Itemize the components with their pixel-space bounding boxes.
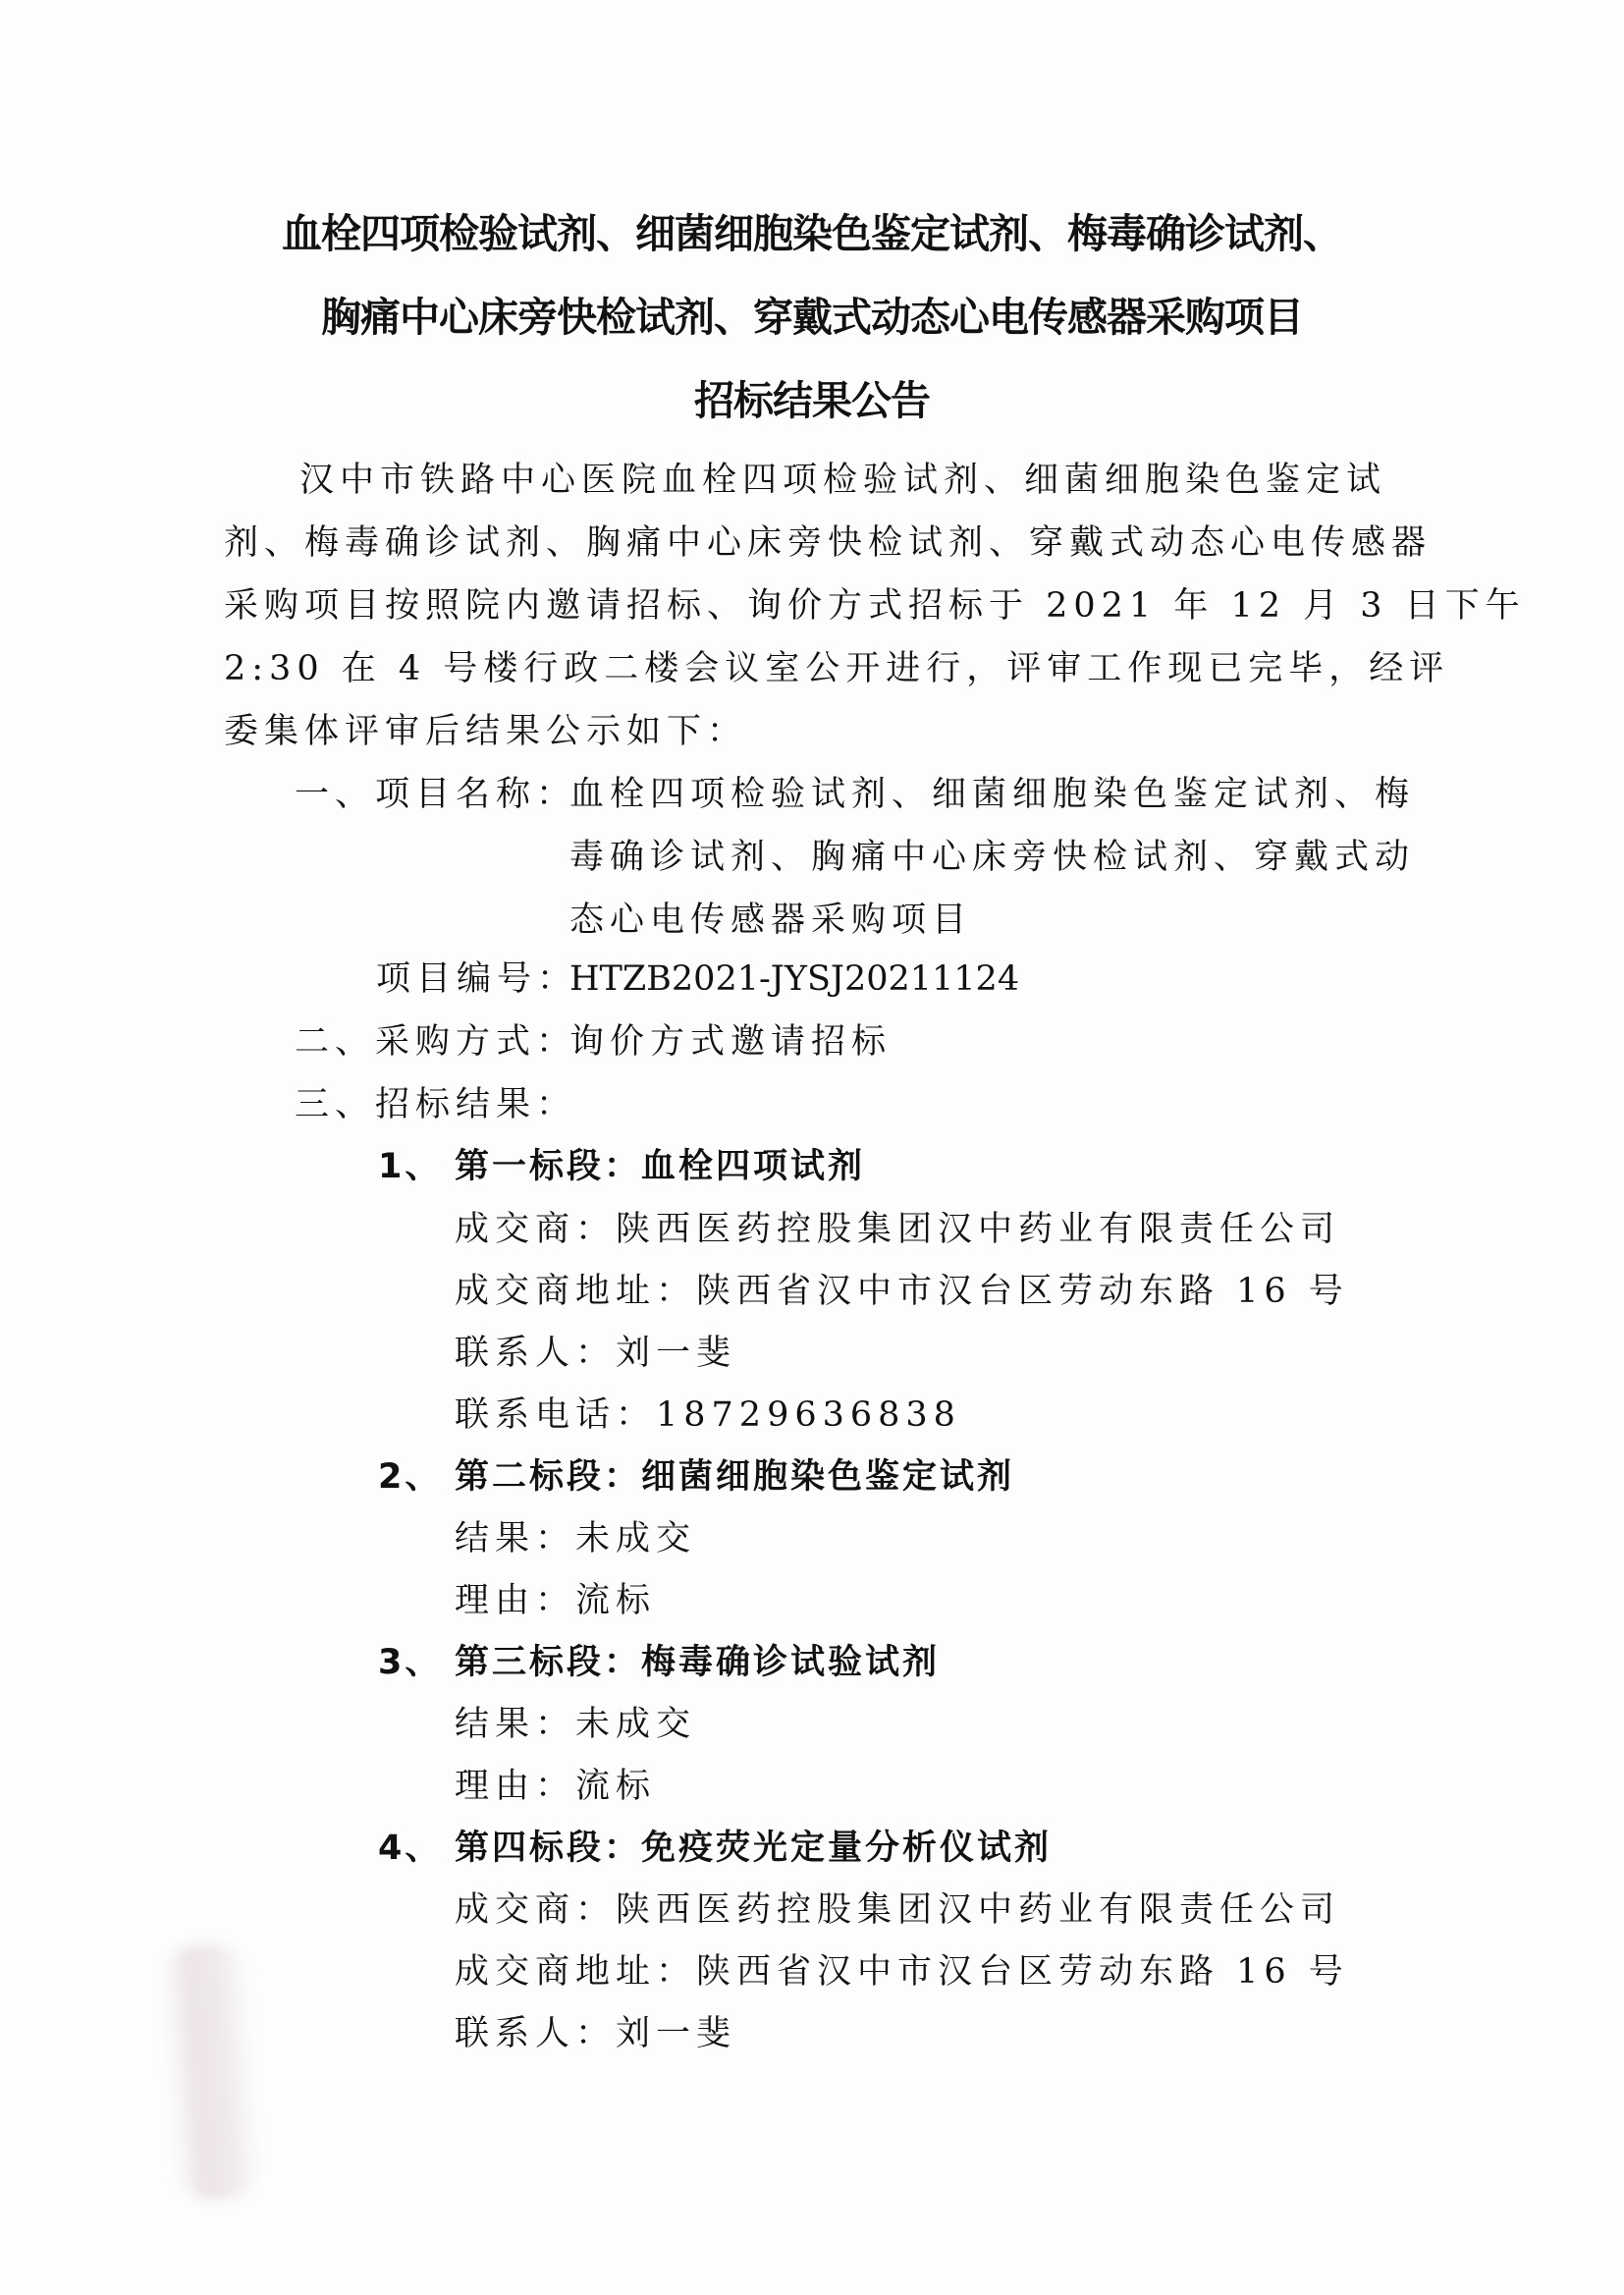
intro-line-1: 汉中市铁路中心医院血栓四项检验试剂、细菌细胞染色鉴定试 xyxy=(299,456,1386,505)
project-name-line-2: 毒确诊试剂、胸痛中心床旁快检试剂、穿戴式动 xyxy=(569,833,1415,882)
lot-1-address: 成交商地址：陕西省汉中市汉台区劳动东路 16 号 xyxy=(455,1267,1349,1316)
lot-4-heading: 4、第四标段：免疫荧光定量分析仪试剂 xyxy=(378,1824,1052,1873)
project-name-line-1: 血栓四项检验试剂、细菌细胞染色鉴定试剂、梅 xyxy=(569,770,1415,819)
project-name-line-3: 态心电传感器采购项目 xyxy=(569,896,972,945)
lot-3-result: 结果：未成交 xyxy=(455,1700,696,1749)
section-3-label: 三、招标结果： xyxy=(295,1080,576,1129)
lot-3-reason: 理由：流标 xyxy=(455,1762,656,1811)
procurement-method: 询价方式邀请招标 xyxy=(569,1017,892,1066)
lot-1-number: 1、 xyxy=(378,1142,455,1191)
title-line-1: 血栓四项检验试剂、细菌细胞染色鉴定试剂、梅毒确诊试剂、 xyxy=(0,204,1624,263)
lot-3-heading: 3、第三标段：梅毒确诊试验试剂 xyxy=(378,1638,940,1687)
intro-line-5: 委集体评审后结果公示如下： xyxy=(224,707,747,756)
lot-4-contact: 联系人：刘一斐 xyxy=(455,2009,736,2058)
lot-2-result: 结果：未成交 xyxy=(455,1514,696,1563)
lot-1-title: 第一标段：血栓四项试剂 xyxy=(455,1147,865,1186)
lot-2-reason: 理由：流标 xyxy=(455,1576,656,1625)
intro-line-4: 2:30 在 4 号楼行政二楼会议室公开进行，评审工作现已完毕，经评 xyxy=(224,644,1449,693)
section-1-label: 一、项目名称： xyxy=(295,770,576,819)
scan-smudge xyxy=(158,1941,264,2203)
title-line-3: 招标结果公告 xyxy=(0,371,1624,430)
lot-4-supplier: 成交商：陕西医药控股集团汉中药业有限责任公司 xyxy=(455,1885,1340,1935)
project-no-label: 项目编号： xyxy=(376,955,577,1004)
lot-4-number: 4、 xyxy=(378,1824,455,1873)
section-2-label: 二、采购方式： xyxy=(295,1017,576,1066)
project-no-value: HTZB2021-JYSJ20211124 xyxy=(569,955,1019,1004)
lot-3-title: 第三标段：梅毒确诊试验试剂 xyxy=(455,1643,940,1682)
lot-2-heading: 2、第二标段：细菌细胞染色鉴定试剂 xyxy=(378,1452,1014,1502)
lot-4-address: 成交商地址：陕西省汉中市汉台区劳动东路 16 号 xyxy=(455,1947,1349,1996)
lot-3-number: 3、 xyxy=(378,1638,455,1687)
lot-1-phone: 联系电话：18729636838 xyxy=(455,1391,961,1440)
title-line-2: 胸痛中心床旁快检试剂、穿戴式动态心电传感器采购项目 xyxy=(0,288,1624,347)
scanned-page: 血栓四项检验试剂、细菌细胞染色鉴定试剂、梅毒确诊试剂、 胸痛中心床旁快检试剂、穿… xyxy=(0,0,1624,2295)
lot-1-heading: 1、第一标段：血栓四项试剂 xyxy=(378,1142,865,1191)
lot-1-contact: 联系人：刘一斐 xyxy=(455,1329,736,1378)
intro-line-3: 采购项目按照院内邀请招标、询价方式招标于 2021 年 12 月 3 日下午 xyxy=(224,581,1526,630)
lot-4-title: 第四标段：免疫荧光定量分析仪试剂 xyxy=(455,1829,1052,1868)
lot-1-supplier: 成交商：陕西医药控股集团汉中药业有限责任公司 xyxy=(455,1205,1340,1254)
intro-line-2: 剂、梅毒确诊试剂、胸痛中心床旁快检试剂、穿戴式动态心电传感器 xyxy=(224,519,1432,568)
lot-2-title: 第二标段：细菌细胞染色鉴定试剂 xyxy=(455,1457,1014,1497)
lot-2-number: 2、 xyxy=(378,1452,455,1502)
